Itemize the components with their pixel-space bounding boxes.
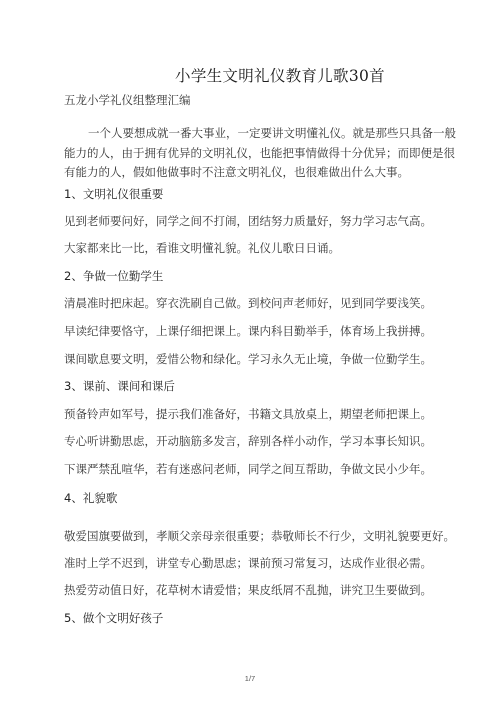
verse-line: 专心听讲勤思虑，开动脑筋多发言，辞别各样小动作，学习本事长知识。 xyxy=(64,433,432,449)
intro-line: 有能力的人，假如他做事时不注意文明礼仪，也很难做出什么大事。 xyxy=(64,163,454,183)
section-heading: 4、礼貌歌 xyxy=(64,490,117,506)
section-heading: 3、课前、课间和课后 xyxy=(64,378,175,394)
verse-line: 见到老师要问好，同学之间不打闹，团结努力质量好，努力学习志气高。 xyxy=(64,213,432,229)
section-heading: 2、争做一位勤学生 xyxy=(64,268,163,284)
intro-paragraph: 一个人要想成就一番大事业，一定要讲文明懂礼仪。就是那些只具备一般 能力的人，由于… xyxy=(64,124,454,183)
verse-line: 课间歇息要文明，爱惜公物和绿化。学习永久无止境，争做一位勤学生。 xyxy=(64,351,432,367)
document-page: 小学生文明礼仪教育儿歌30首 五龙小学礼仪组整理汇编 一个人要想成就一番大事业，… xyxy=(0,0,500,708)
intro-line: 一个人要想成就一番大事业，一定要讲文明懂礼仪。就是那些只具备一般 xyxy=(64,124,454,144)
verse-line: 早读纪律要恪守，上课仔细把课上。课内科目勤举手，体育场上我拼搏。 xyxy=(64,323,432,339)
document-subtitle: 五龙小学礼仪组整理汇编 xyxy=(64,92,191,108)
verse-line: 预备铃声如军号，提示我们准备好，书籍文具放桌上，期望老师把课上。 xyxy=(64,406,432,422)
verse-line: 敬爱国旗要做到，孝顺父亲母亲很重要；恭敬师长不行少，文明礼貌要更好。 xyxy=(64,528,455,544)
section-heading: 1、文明礼仪很重要 xyxy=(64,186,163,202)
verse-line: 准时上学不迟到，讲堂专心勤思虑；课前预习常复习，达成作业很必需。 xyxy=(64,555,432,571)
intro-line: 能力的人，由于拥有优异的文明礼仪，也能把事情做得十分优异；而即便是很 xyxy=(64,144,454,164)
page-number: 1/7 xyxy=(0,674,500,683)
verse-line: 大家都来比一比，看谁文明懂礼貌。礼仪儿歌日日诵。 xyxy=(64,240,340,256)
section-heading: 5、做个文明好孩子 xyxy=(64,610,163,626)
verse-line: 清晨准时把床起。穿衣洗刷自己做。到校问声老师好，见到同学要浅笑。 xyxy=(64,295,432,311)
document-title: 小学生文明礼仪教育儿歌30首 xyxy=(0,64,500,86)
verse-line: 下课严禁乱喧华，若有迷惑问老师，同学之间互帮助，争做文民小少年。 xyxy=(64,461,432,477)
verse-line: 热爱劳动值日好，花草树木请爱惜；果皮纸屑不乱抛，讲究卫生要做到。 xyxy=(64,582,432,598)
